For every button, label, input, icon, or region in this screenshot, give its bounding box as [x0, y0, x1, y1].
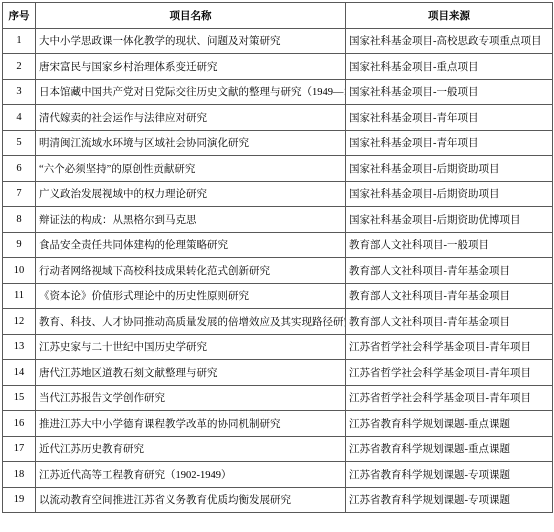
- table-row: 18 江苏近代高等工程教育研究（1902-1949） 江苏省教育科学规划课题-专…: [3, 462, 553, 488]
- table-row: 5 明清闽江流域水环境与区域社会协同演化研究 国家社科基金项目-青年项目: [3, 130, 553, 156]
- project-source: 国家社科基金项目-后期资助项目: [346, 156, 553, 182]
- table-row: 13 江苏史家与二十世纪中国历史学研究 江苏省哲学社会科学基金项目-青年项目: [3, 334, 553, 360]
- row-index: 13: [3, 334, 36, 360]
- project-name: 当代江苏报告文学创作研究: [36, 385, 346, 411]
- table-row: 6 “六个必须坚持”的原创性贡献研究 国家社科基金项目-后期资助项目: [3, 156, 553, 182]
- table-row: 4 清代嫁卖的社会运作与法律应对研究 国家社科基金项目-青年项目: [3, 105, 553, 131]
- row-index: 10: [3, 258, 36, 284]
- project-name: 江苏近代高等工程教育研究（1902-1949）: [36, 462, 346, 488]
- project-list-table: 序号 项目名称 项目来源 1 大中小学思政课一体化教学的现状、问题及对策研究 国…: [2, 2, 553, 513]
- project-source: 国家社科基金项目-高校思政专项重点项目: [346, 28, 553, 54]
- table-row: 8 辩证法的构成：从黑格尔到马克思 国家社科基金项目-后期资助优博项目: [3, 207, 553, 233]
- project-source: 国家社科基金项目-一般项目: [346, 79, 553, 105]
- project-name: “六个必须坚持”的原创性贡献研究: [36, 156, 346, 182]
- row-index: 9: [3, 232, 36, 258]
- header-project-name: 项目名称: [36, 3, 346, 29]
- project-name: 大中小学思政课一体化教学的现状、问题及对策研究: [36, 28, 346, 54]
- project-name: 日本馆藏中国共产党对日党际交往历史文献的整理与研究（1949—1972）: [36, 79, 346, 105]
- table-row: 12 教育、科技、人才协同推动高质量发展的倍增效应及其实现路径研究 教育部人文社…: [3, 309, 553, 335]
- project-name: 辩证法的构成：从黑格尔到马克思: [36, 207, 346, 233]
- project-source: 江苏省哲学社会科学基金项目-青年项目: [346, 385, 553, 411]
- project-source: 江苏省教育科学规划课题-重点课题: [346, 411, 553, 437]
- row-index: 14: [3, 360, 36, 386]
- row-index: 8: [3, 207, 36, 233]
- table-row: 3 日本馆藏中国共产党对日党际交往历史文献的整理与研究（1949—1972） 国…: [3, 79, 553, 105]
- project-source: 江苏省教育科学规划课题-专项课题: [346, 462, 553, 488]
- project-source: 教育部人文社科项目-一般项目: [346, 232, 553, 258]
- row-index: 18: [3, 462, 36, 488]
- project-source: 国家社科基金项目-重点项目: [346, 54, 553, 80]
- row-index: 12: [3, 309, 36, 335]
- table-row: 7 广义政治发展视域中的权力理论研究 国家社科基金项目-后期资助项目: [3, 181, 553, 207]
- table-row: 16 推进江苏大中小学德育课程教学改革的协同机制研究 江苏省教育科学规划课题-重…: [3, 411, 553, 437]
- header-index: 序号: [3, 3, 36, 29]
- project-source: 江苏省教育科学规划课题-专项课题: [346, 487, 553, 513]
- project-name: 以流动教育空间推进江苏省义务教育优质均衡发展研究: [36, 487, 346, 513]
- table-row: 19 以流动教育空间推进江苏省义务教育优质均衡发展研究 江苏省教育科学规划课题-…: [3, 487, 553, 513]
- row-index: 19: [3, 487, 36, 513]
- project-name: 《资本论》价值形式理论中的历史性原则研究: [36, 283, 346, 309]
- project-name: 清代嫁卖的社会运作与法律应对研究: [36, 105, 346, 131]
- table-row: 10 行动者网络视域下高校科技成果转化范式创新研究 教育部人文社科项目-青年基金…: [3, 258, 553, 284]
- row-index: 6: [3, 156, 36, 182]
- table-row: 1 大中小学思政课一体化教学的现状、问题及对策研究 国家社科基金项目-高校思政专…: [3, 28, 553, 54]
- project-name: 唐宋富民与国家乡村治理体系变迁研究: [36, 54, 346, 80]
- row-index: 11: [3, 283, 36, 309]
- row-index: 3: [3, 79, 36, 105]
- table-row: 15 当代江苏报告文学创作研究 江苏省哲学社会科学基金项目-青年项目: [3, 385, 553, 411]
- project-source: 江苏省哲学社会科学基金项目-青年项目: [346, 360, 553, 386]
- header-row: 序号 项目名称 项目来源: [3, 3, 553, 29]
- project-source: 国家社科基金项目-青年项目: [346, 130, 553, 156]
- project-name: 江苏史家与二十世纪中国历史学研究: [36, 334, 346, 360]
- header-project-source: 项目来源: [346, 3, 553, 29]
- project-name: 明清闽江流域水环境与区域社会协同演化研究: [36, 130, 346, 156]
- row-index: 4: [3, 105, 36, 131]
- row-index: 16: [3, 411, 36, 437]
- table-row: 9 食品安全责任共同体建构的伦理策略研究 教育部人文社科项目-一般项目: [3, 232, 553, 258]
- project-source: 江苏省教育科学规划课题-重点课题: [346, 436, 553, 462]
- table-row: 14 唐代江苏地区道教石刻文献整理与研究 江苏省哲学社会科学基金项目-青年项目: [3, 360, 553, 386]
- project-name: 食品安全责任共同体建构的伦理策略研究: [36, 232, 346, 258]
- row-index: 7: [3, 181, 36, 207]
- project-name: 近代江苏历史教育研究: [36, 436, 346, 462]
- project-name: 教育、科技、人才协同推动高质量发展的倍增效应及其实现路径研究: [36, 309, 346, 335]
- row-index: 15: [3, 385, 36, 411]
- project-source: 国家社科基金项目-后期资助优博项目: [346, 207, 553, 233]
- row-index: 17: [3, 436, 36, 462]
- project-source: 江苏省哲学社会科学基金项目-青年项目: [346, 334, 553, 360]
- table-row: 17 近代江苏历史教育研究 江苏省教育科学规划课题-重点课题: [3, 436, 553, 462]
- document-page: 序号 项目名称 项目来源 1 大中小学思政课一体化教学的现状、问题及对策研究 国…: [0, 0, 554, 532]
- table-row: 2 唐宋富民与国家乡村治理体系变迁研究 国家社科基金项目-重点项目: [3, 54, 553, 80]
- project-source: 国家社科基金项目-后期资助项目: [346, 181, 553, 207]
- project-name: 广义政治发展视域中的权力理论研究: [36, 181, 346, 207]
- project-name: 行动者网络视域下高校科技成果转化范式创新研究: [36, 258, 346, 284]
- table-row: 11 《资本论》价值形式理论中的历史性原则研究 教育部人文社科项目-青年基金项目: [3, 283, 553, 309]
- project-source: 国家社科基金项目-青年项目: [346, 105, 553, 131]
- project-name: 推进江苏大中小学德育课程教学改革的协同机制研究: [36, 411, 346, 437]
- project-name: 唐代江苏地区道教石刻文献整理与研究: [36, 360, 346, 386]
- row-index: 1: [3, 28, 36, 54]
- row-index: 5: [3, 130, 36, 156]
- project-source: 教育部人文社科项目-青年基金项目: [346, 258, 553, 284]
- project-source: 教育部人文社科项目-青年基金项目: [346, 309, 553, 335]
- project-source: 教育部人文社科项目-青年基金项目: [346, 283, 553, 309]
- row-index: 2: [3, 54, 36, 80]
